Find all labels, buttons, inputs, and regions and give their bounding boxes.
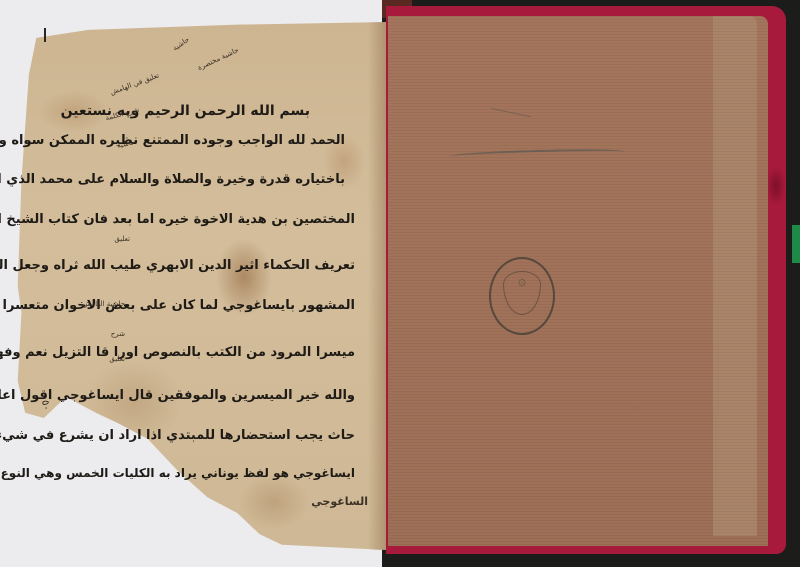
text-line-1: الحمد لله الواجب وجوده الممتنع نظيره الم… (0, 133, 345, 148)
text-line-7: والله خير الميسرين والموفقين قال ايساغوج… (0, 388, 355, 403)
text-line-3: المختصين بن هدية الاخوة خيره اما بعد فان… (0, 212, 355, 227)
book-cover (388, 16, 768, 546)
page-gutter (368, 22, 388, 550)
page-marker (44, 28, 46, 42)
green-bookmark-tab (792, 225, 800, 263)
text-line-9: ايساغوجي هو لفظ يوناني يراد به الكليات ا… (0, 466, 355, 480)
marginal-note: شرح (111, 330, 125, 338)
text-line-8: حاث يجب استحضارها للمبتدي اذا اراد ان يش… (0, 428, 355, 443)
marginal-note: تعليق (109, 355, 125, 363)
library-stamp: ۞ (489, 257, 555, 335)
stamp-emblem-icon: ۞ (491, 273, 553, 289)
cover-fold-flap (713, 16, 757, 536)
folio-mark: ٥٠ (39, 399, 52, 411)
marginal-note: حاشية الهامش (82, 300, 125, 308)
text-line-4: تعريف الحكماء اثير الدين الابهري طيب الل… (0, 258, 355, 273)
marginal-note: تعليق (114, 235, 130, 243)
text-line-5: المشهور بايساغوجي لما كان على بعض الاخوا… (3, 298, 355, 313)
text-line-2: باختياره قدرة وخيرة والصلاة والسلام على … (0, 172, 345, 187)
text-line-6: ميسرا المرود من الكتب بالنصوص اورا قا ال… (0, 345, 355, 360)
basmala-line: بسم الله الرحمن الرحيم وبه نستعين (61, 103, 310, 119)
catchword: الساغوجي (311, 495, 368, 508)
